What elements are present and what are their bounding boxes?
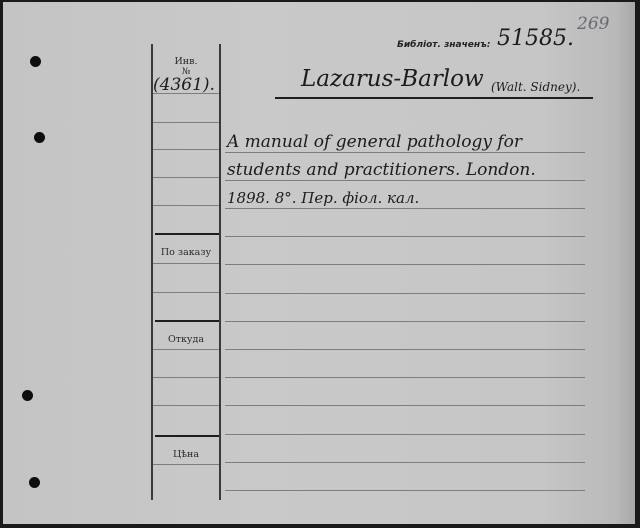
punch-hole — [29, 477, 40, 488]
title-line-3: 1898. 8°. Пер. фіол. кал. — [227, 189, 419, 207]
rule — [153, 205, 219, 206]
library-code-label: Библіот. значенъ: — [397, 40, 490, 50]
punch-hole — [30, 56, 41, 67]
title-line-2: students and practitioners. London. — [227, 160, 536, 180]
rule — [225, 405, 585, 406]
rule — [225, 434, 585, 435]
rule — [225, 264, 585, 265]
rule — [153, 263, 219, 264]
rule — [225, 208, 585, 209]
rule — [153, 93, 219, 94]
inventory-label: Инв. — [153, 56, 219, 67]
rule — [153, 464, 219, 465]
rule — [153, 122, 219, 123]
rule — [225, 236, 585, 237]
library-code-value: 51585. — [497, 26, 574, 51]
rule — [225, 349, 585, 350]
title-line-1: A manual of general pathology for — [227, 132, 522, 152]
price-label: Цѣна — [153, 449, 219, 460]
rule — [153, 349, 219, 350]
rule — [225, 462, 585, 463]
rule — [225, 377, 585, 378]
rule — [225, 152, 585, 153]
author-surname: Lazarus-Barlow — [301, 66, 484, 92]
section-divider — [155, 435, 219, 437]
rule — [225, 293, 585, 294]
column-border-right — [219, 44, 221, 500]
punch-hole — [22, 390, 33, 401]
inventory-number: (4361). — [153, 75, 215, 95]
order-label: По заказу — [153, 247, 219, 258]
column-border-left — [151, 44, 153, 500]
pencil-note: 269 — [577, 14, 609, 34]
rule — [153, 377, 219, 378]
rule — [225, 321, 585, 322]
rule — [225, 490, 585, 491]
rule — [153, 405, 219, 406]
rule — [225, 180, 585, 181]
author-given-names: (Walt. Sidney). — [491, 80, 580, 94]
rule — [153, 177, 219, 178]
author-underline — [275, 97, 593, 99]
catalog-card: Инв. № (4361). По заказу Откуда Цѣна Биб… — [3, 2, 635, 524]
section-divider — [155, 320, 219, 322]
punch-hole — [34, 132, 45, 143]
section-divider — [155, 233, 219, 235]
rule — [153, 292, 219, 293]
rule — [153, 149, 219, 150]
source-label: Откуда — [153, 334, 219, 345]
